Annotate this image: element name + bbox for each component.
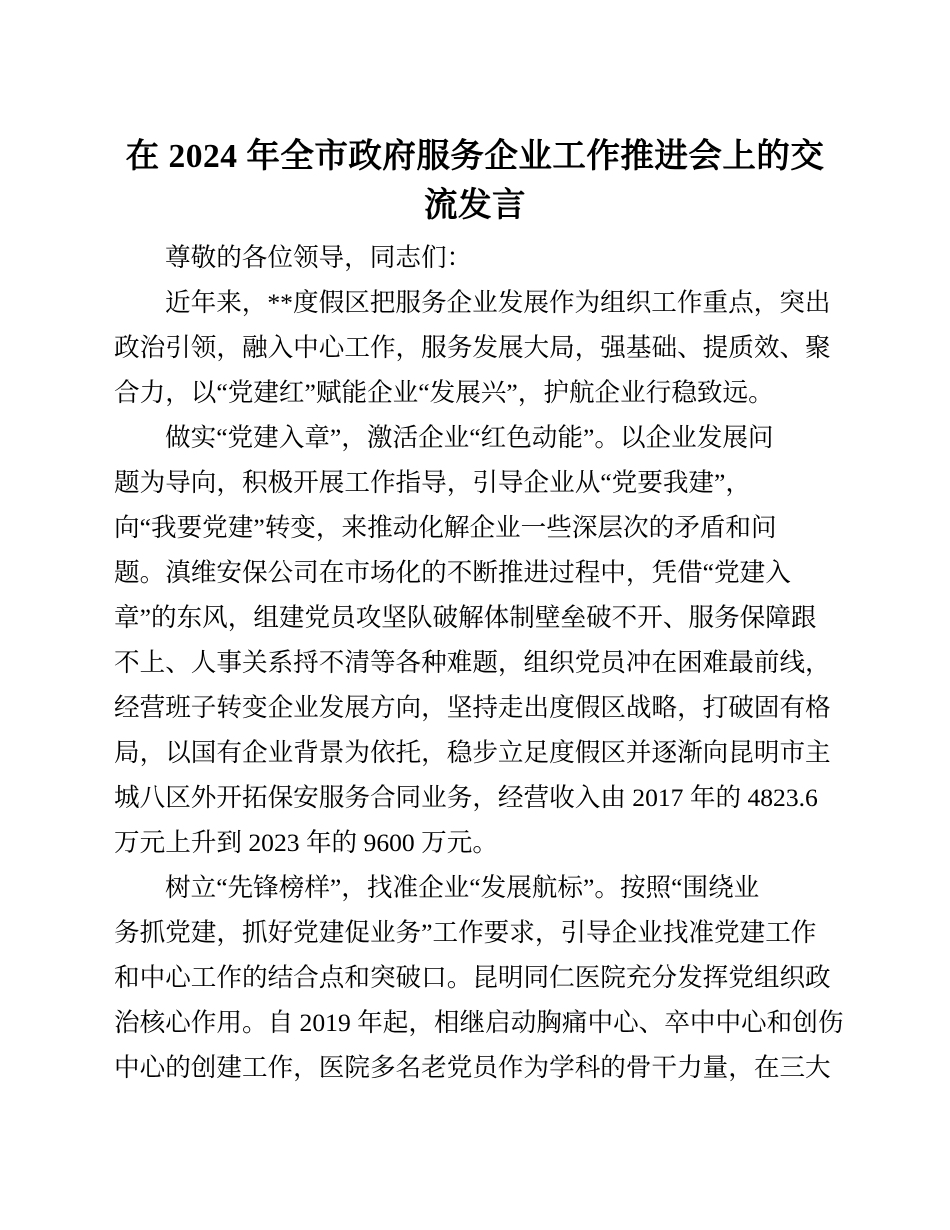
document-title-line-2: 流发言 bbox=[114, 181, 836, 230]
text-line: 题为导向，积极开展工作指导，引导企业从“党要我建”， bbox=[114, 460, 836, 505]
text-line: 城八区外开拓保安服务合同业务，经营收入由 2017 年的 4823.6 bbox=[114, 775, 836, 820]
text-line: 近年来，**度假区把服务企业发展作为组织工作重点，突出 bbox=[114, 280, 836, 325]
text-line: 务抓党建，抓好党建促业务”工作要求，引导企业找准党建工作 bbox=[114, 910, 836, 955]
paragraph-intro: 近年来，**度假区把服务企业发展作为组织工作重点，突出 政治引领，融入中心工作，… bbox=[114, 280, 836, 415]
text-line: 政治引领，融入中心工作，服务发展大局，强基础、提质效、聚 bbox=[114, 325, 836, 370]
document-page: 在 2024 年全市政府服务企业工作推进会上的交 流发言 尊敬的各位领导，同志们… bbox=[0, 0, 950, 1230]
paragraph-pioneer-model: 树立“先锋榜样”，找准企业“发展航标”。按照“围绕业 务抓党建，抓好党建促业务”… bbox=[114, 865, 836, 1090]
text-line: 经营班子转变企业发展方向，坚持走出度假区战略，打破固有格 bbox=[114, 685, 836, 730]
text-line: 题。滇维安保公司在市场化的不断推进过程中，凭借“党建入 bbox=[114, 550, 836, 595]
text-line: 树立“先锋榜样”，找准企业“发展航标”。按照“围绕业 bbox=[114, 865, 836, 910]
text-line: 不上、人事关系捋不清等各种难题，组织党员冲在困难最前线， bbox=[114, 640, 836, 685]
document-content: 在 2024 年全市政府服务企业工作推进会上的交 流发言 尊敬的各位领导，同志们… bbox=[0, 0, 950, 1090]
paragraph-salutation: 尊敬的各位领导，同志们： bbox=[114, 235, 836, 280]
document-title: 在 2024 年全市政府服务企业工作推进会上的交 流发言 bbox=[114, 132, 836, 230]
text-line: 向“我要党建”转变，来推动化解企业一些深层次的矛盾和问 bbox=[114, 505, 836, 550]
text-line: 局，以国有企业背景为依托，稳步立足度假区并逐渐向昆明市主 bbox=[114, 730, 836, 775]
paragraph-party-building: 做实“党建入章”，激活企业“红色动能”。以企业发展问 题为导向，积极开展工作指导… bbox=[114, 415, 836, 865]
text-line: 章”的东风，组建党员攻坚队破解体制壁垒破不开、服务保障跟 bbox=[114, 595, 836, 640]
document-title-line-1: 在 2024 年全市政府服务企业工作推进会上的交 bbox=[114, 132, 836, 181]
text-line: 尊敬的各位领导，同志们： bbox=[114, 235, 836, 280]
text-line: 做实“党建入章”，激活企业“红色动能”。以企业发展问 bbox=[114, 415, 836, 460]
text-line: 治核心作用。自 2019 年起，相继启动胸痛中心、卒中中心和创伤 bbox=[114, 1000, 836, 1045]
text-line: 万元上升到 2023 年的 9600 万元。 bbox=[114, 820, 836, 865]
text-line: 和中心工作的结合点和突破口。昆明同仁医院充分发挥党组织政 bbox=[114, 955, 836, 1000]
text-line: 中心的创建工作，医院多名老党员作为学科的骨干力量，在三大 bbox=[114, 1045, 836, 1090]
text-line: 合力，以“党建红”赋能企业“发展兴”，护航企业行稳致远。 bbox=[114, 370, 836, 415]
